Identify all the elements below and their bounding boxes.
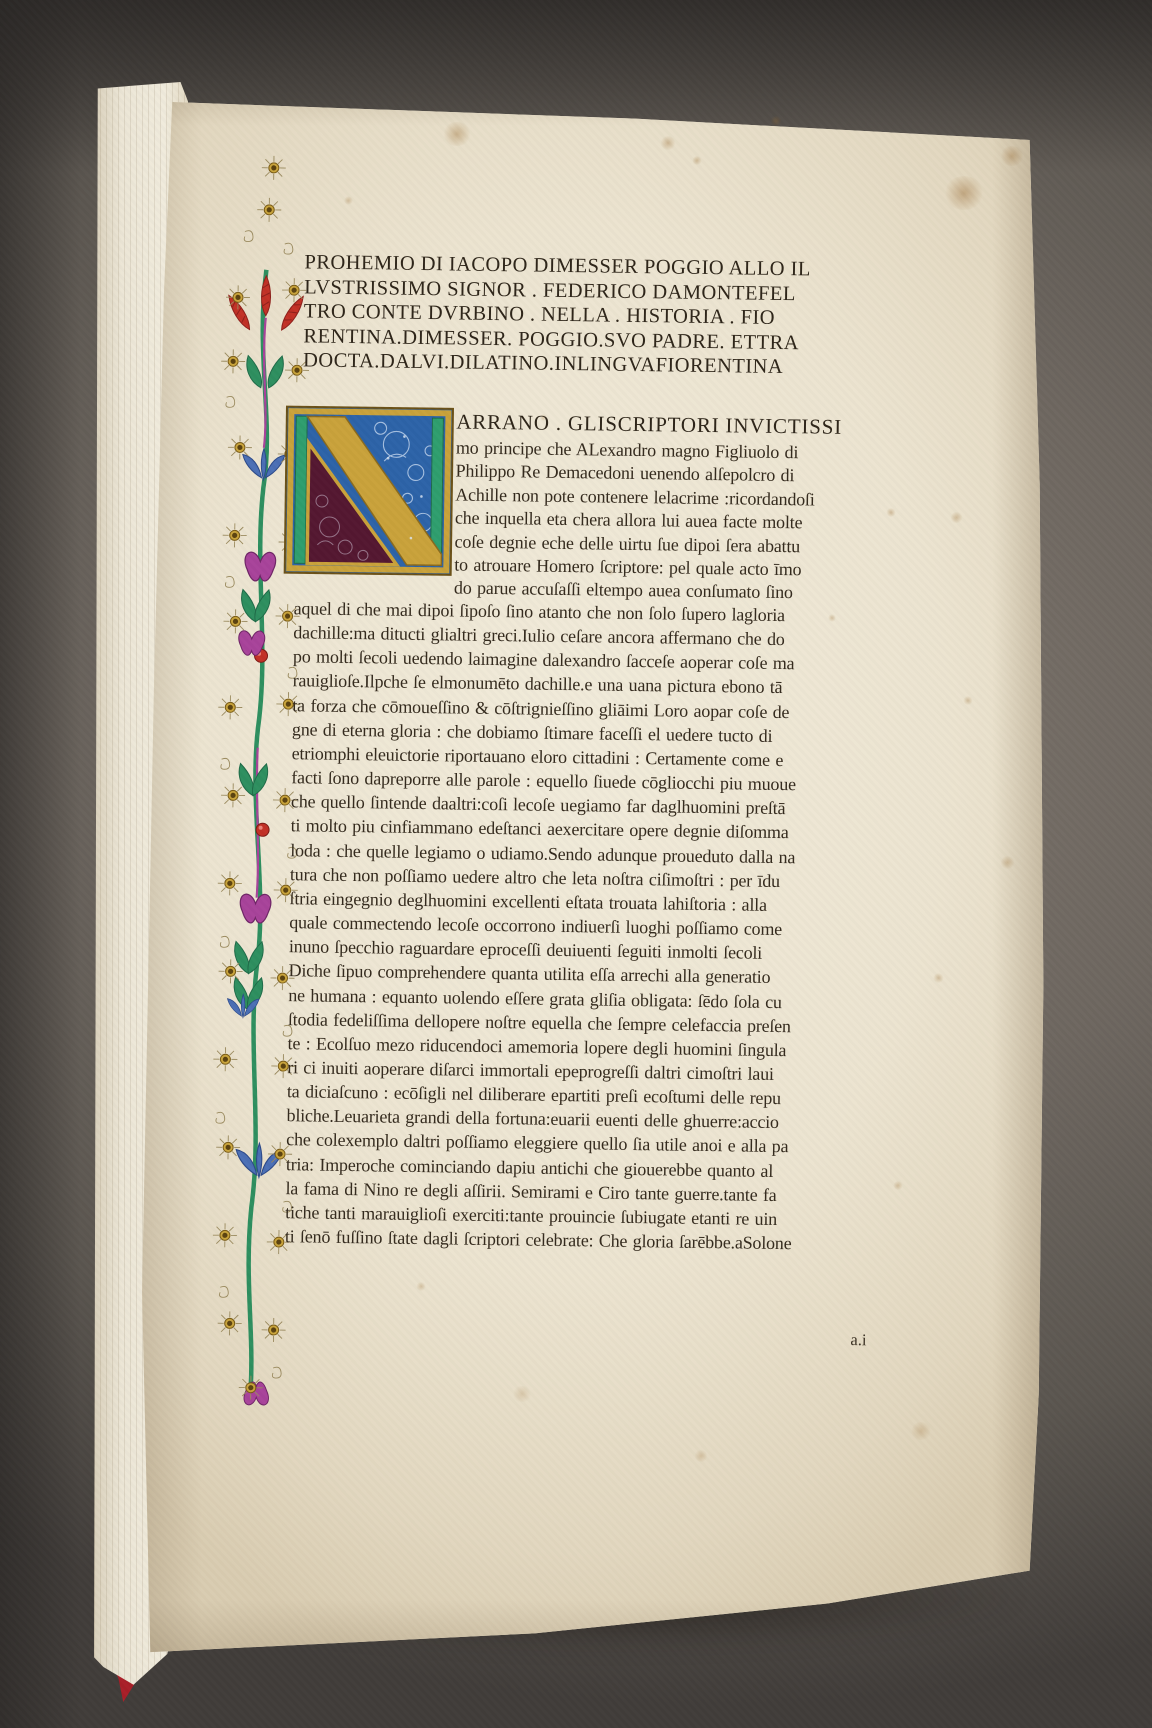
photo-background-cloth: PROHEMIO DI IACOPO DIMESSER POGGIO ALLO … bbox=[0, 0, 1152, 1728]
intro-text-block: mo principe che ALexandro magno Figliuol… bbox=[454, 436, 876, 606]
prohemio-heading: PROHEMIO DI IACOPO DIMESSER POGGIO ALLO … bbox=[303, 250, 877, 381]
quire-signature: a.i bbox=[813, 1330, 903, 1351]
body-text-block: aquel di che mai dipoi ſipoſo ſino atant… bbox=[285, 596, 874, 1256]
page-content: PROHEMIO DI IACOPO DIMESSER POGGIO ALLO … bbox=[149, 94, 1061, 1676]
incipit-line: ARRANO . GLISCRIPTORI INVICTISSI bbox=[456, 409, 876, 440]
illuminated-initial-N bbox=[282, 405, 455, 576]
